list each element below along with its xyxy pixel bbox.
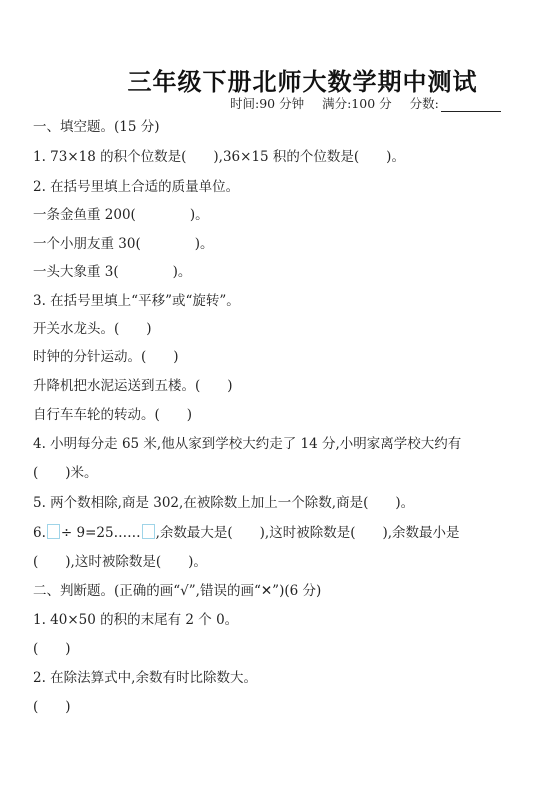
q6-number: 6.	[33, 525, 46, 541]
question-1-1: 1. 73×18 的积个位数是( ),36×15 积的个位数是( )。	[33, 148, 405, 166]
score-label: 分数:	[410, 96, 439, 111]
question-1-4: 4. 小明每分走 65 米,他从家到学校大约走了 14 分,小明家离学校大约有	[33, 435, 461, 453]
question-1-2-item: 一头大象重 3( )。	[33, 263, 191, 281]
score-blank[interactable]	[441, 99, 501, 112]
remainder-box[interactable]	[142, 524, 155, 539]
question-2-2: 2. 在除法算式中,余数有时比除数大。	[33, 669, 257, 687]
question-1-3-item: 时钟的分针运动。( )	[33, 348, 179, 366]
question-1-3-item: 升降机把水泥运送到五楼。( )	[33, 377, 233, 395]
q6-text: ,余数最大是( ),这时被除数是( ),余数最小是	[156, 525, 460, 541]
answer-2-1: ( )	[33, 640, 71, 658]
exam-meta: 时间:90 分钟 满分:100 分 分数:	[230, 94, 501, 112]
exam-page: 三年级下册北师大数学期中测试 时间:90 分钟 满分:100 分 分数: 一、填…	[0, 0, 555, 785]
question-1-3-item: 开关水龙头。( )	[33, 320, 152, 338]
section1-heading: 一、填空题。(15 分)	[33, 118, 160, 136]
question-1-2-item: 一条金鱼重 200( )。	[33, 206, 209, 224]
question-1-6-cont: ( ),这时被除数是( )。	[33, 553, 207, 571]
section2-heading: 二、判断题。(正确的画“√”,错误的画“✕”)(6 分)	[33, 582, 321, 600]
page-title: 三年级下册北师大数学期中测试	[0, 62, 555, 97]
question-2-1: 1. 40×50 的积的末尾有 2 个 0。	[33, 611, 238, 629]
full-score: 满分:100 分	[322, 96, 392, 111]
dividend-box[interactable]	[47, 524, 60, 539]
answer-2-2: ( )	[33, 698, 71, 716]
question-1-3: 3. 在括号里填上“平移”或“旋转”。	[33, 292, 240, 310]
time-limit: 时间:90 分钟	[230, 96, 304, 111]
question-1-4-cont: ( )米。	[33, 464, 98, 482]
q6-equation: ÷ 9=25……	[61, 525, 141, 541]
question-1-6: 6.÷ 9=25……,余数最大是( ),这时被除数是( ),余数最小是	[33, 524, 460, 542]
question-1-5: 5. 两个数相除,商是 302,在被除数上加上一个除数,商是( )。	[33, 494, 414, 512]
question-1-2-item: 一个小朋友重 30( )。	[33, 235, 214, 253]
question-1-2: 2. 在括号里填上合适的质量单位。	[33, 178, 239, 196]
question-1-3-item: 自行车车轮的转动。( )	[33, 406, 192, 424]
